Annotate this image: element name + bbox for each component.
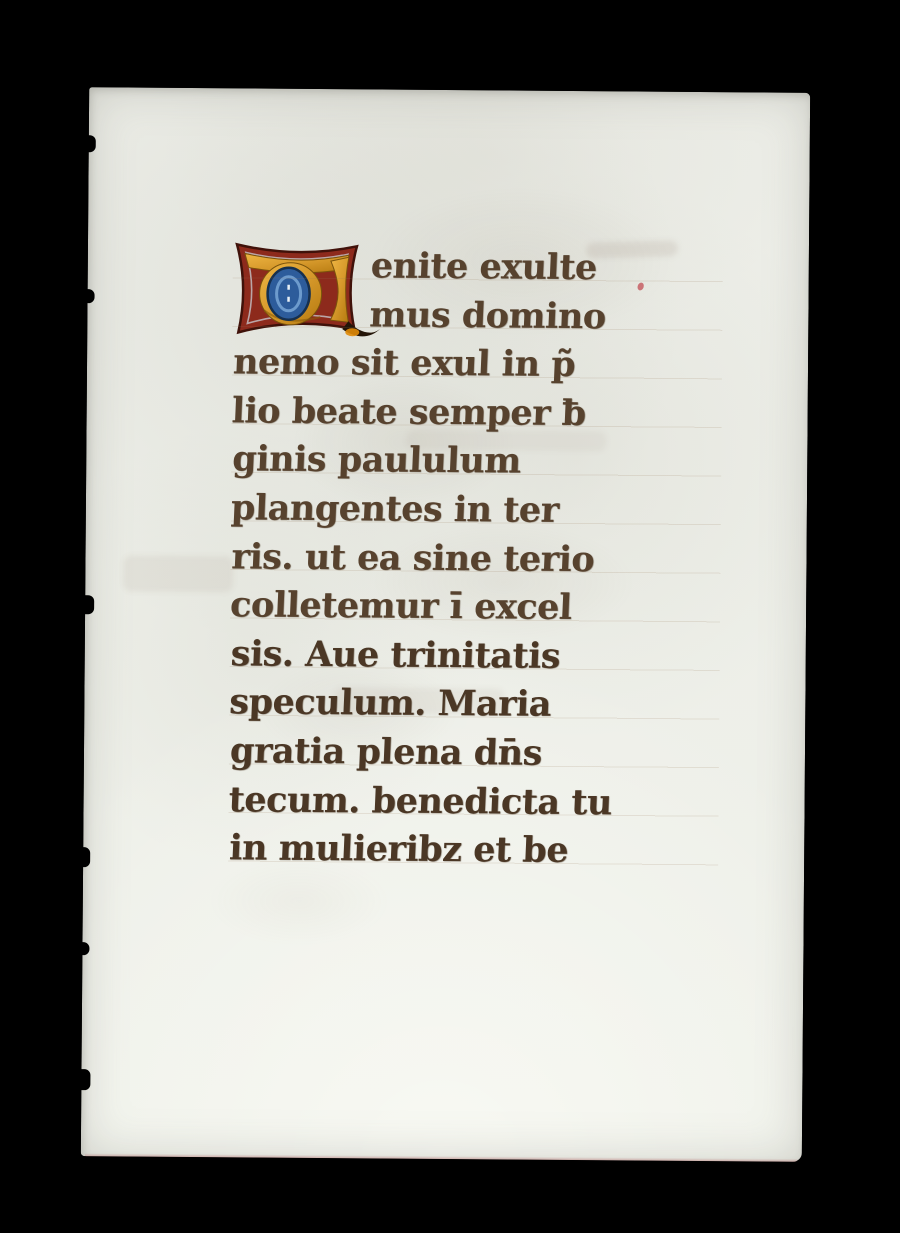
binding-notch: [82, 595, 94, 614]
manuscript-line: ginis paululum: [231, 436, 723, 488]
manuscript-line: enite exulte: [233, 241, 725, 293]
binding-notch: [86, 135, 96, 152]
manuscript-photo: enite exulte mus domino nemo sit exul in…: [0, 0, 900, 1233]
manuscript-line: sis. Aue trinitatis: [230, 630, 722, 682]
manuscript-line: speculum. Maria: [228, 679, 720, 731]
vellum-leaf: enite exulte mus domino nemo sit exul in…: [81, 87, 810, 1162]
manuscript-text-block: enite exulte mus domino nemo sit exul in…: [228, 241, 723, 877]
manuscript-line: lio beate semper ƀ: [231, 387, 723, 439]
binding-notch: [79, 942, 89, 955]
manuscript-line: gratia plena dn̄s: [229, 727, 721, 779]
manuscript-line: plangentes in ter: [230, 484, 722, 536]
manuscript-line: tecum. benedicta tu: [228, 776, 720, 828]
binding-notch: [80, 847, 90, 867]
manuscript-line: mus domino: [231, 290, 723, 342]
binding-notch: [78, 1069, 90, 1090]
binding-notch: [85, 289, 95, 303]
manuscript-line: ris. ut ea sine terio: [230, 533, 722, 585]
bleedthrough-smudge: [123, 555, 233, 592]
manuscript-line: in mulieribz et be: [228, 824, 720, 876]
manuscript-line: colletemur ī excel: [229, 581, 721, 633]
manuscript-line: nemo sit exul in p̃: [232, 339, 724, 391]
leaf-bottom-edge: [85, 1153, 798, 1162]
